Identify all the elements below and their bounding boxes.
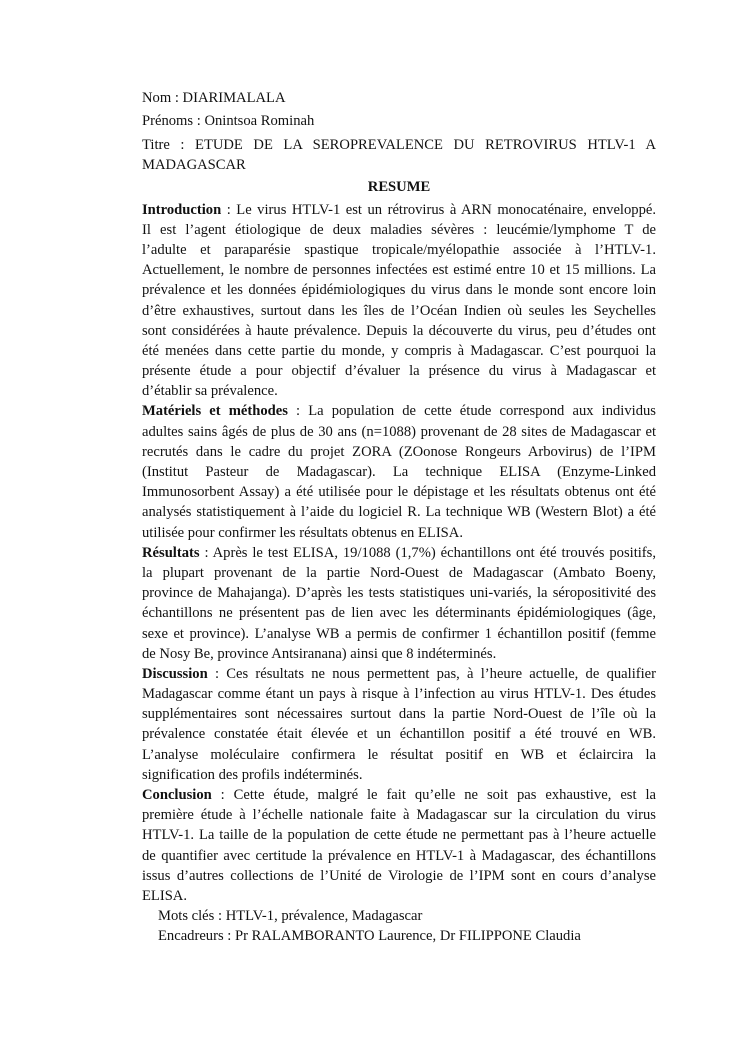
discussion-line-0: Discussion : Ces résultats ne nous perme… [142,664,656,684]
nom-value: DIARIMALALA [183,90,286,106]
section-materiels-methodes: Matériels et méthodes : La population de… [142,401,656,542]
section-introduction: Introduction : Le virus HTLV-1 est un ré… [142,200,656,402]
introduction-line-3: Actuellement, le nombre de personnes inf… [142,260,656,280]
discussion-line-5: signification des profils indéterminés. [142,765,656,785]
mots-cles: Mots clés : HTLV-1, prévalence, Madagasc… [142,906,656,926]
materiels-line-5: analysés statistiquement à l’aide du log… [142,502,656,522]
conclusion-label: Conclusion [142,787,212,803]
nom-label: Nom : [142,90,183,106]
title-line-1: Titre : ETUDE DE LA SEROPREVALENCE DU RE… [142,135,656,155]
discussion-line-2: supplémentaires sont nécessaires surtout… [142,704,656,724]
introduction-line-2: l’adulte et paraparésie spastique tropic… [142,240,656,260]
introduction-line-6: sont considérées à haute prévalence. Dep… [142,321,656,341]
section-conclusion: Conclusion : Cette étude, malgré le fait… [142,785,656,906]
materiels-line-1: adultes sains âgés de plus de 30 ans (n=… [142,422,656,442]
introduction-line-9: d’établir sa prévalence. [142,381,656,401]
resultats-line-1: la plupart provenant de la partie Nord-O… [142,563,656,583]
resultats-line-2: province de Mahajanga). D’après les test… [142,583,656,603]
materiels-line-0: Matériels et méthodes : La population de… [142,401,656,421]
discussion-line-3: prévalence constatée était élevée et un … [142,724,656,744]
resultats-label: Résultats [142,545,200,561]
introduction-line-7: été menées dans cette partie du monde, y… [142,341,656,361]
document-page: Nom : DIARIMALALA Prénoms : Onintsoa Rom… [142,87,656,947]
conclusion-line-0: Conclusion : Cette étude, malgré le fait… [142,785,656,805]
encadreurs: Encadreurs : Pr RALAMBORANTO Laurence, D… [142,926,656,946]
resultats-line-4: sexe et province). L’analyse WB a permis… [142,624,656,644]
introduction-line-4: prévalence et les données épidémiologiqu… [142,280,656,300]
resume-heading: RESUME [142,177,656,197]
materiels-line-2: recrutés dans le cadre du projet ZORA (Z… [142,442,656,462]
conclusion-line-5: ELISA. [142,886,656,906]
resultats-line-3: échantillons ne présentent pas de lien a… [142,603,656,623]
introduction-label: Introduction [142,202,221,218]
prenoms-line: Prénoms : Onintsoa Rominah [142,110,656,133]
resultats-line-0: Résultats : Après le test ELISA, 19/1088… [142,543,656,563]
introduction-line-5: d’être exhaustives, surtout dans les île… [142,301,656,321]
materiels-line-6: utilisée pour confirmer les résultats ob… [142,523,656,543]
title-block: Titre : ETUDE DE LA SEROPREVALENCE DU RE… [142,135,656,175]
resultats-line-5: de Nosy Be, province Antsiranana) ainsi … [142,644,656,664]
section-discussion: Discussion : Ces résultats ne nous perme… [142,664,656,785]
introduction-line-0: Introduction : Le virus HTLV-1 est un ré… [142,200,656,220]
prenoms-label: Prénoms : [142,113,204,129]
conclusion-line-1: première étude à l’échelle nationale fai… [142,805,656,825]
discussion-line-4: L’analyse moléculaire confirmera le résu… [142,745,656,765]
materiels-line-3: (Institut Pasteur de Madagascar). La tec… [142,462,656,482]
nom-line: Nom : DIARIMALALA [142,87,656,110]
discussion-label: Discussion [142,666,208,682]
materiels-line-4: Immunosorbent Assay) a été utilisée pour… [142,482,656,502]
introduction-line-1: Il est l’agent étiologique de deux malad… [142,220,656,240]
materiels-label: Matériels et méthodes [142,403,288,419]
discussion-line-1: Madagascar comme étant un pays à risque … [142,684,656,704]
section-resultats: Résultats : Après le test ELISA, 19/1088… [142,543,656,664]
conclusion-line-3: de quantifier avec certitude la prévalen… [142,846,656,866]
introduction-line-8: présente étude a pour objectif d’évaluer… [142,361,656,381]
conclusion-line-2: HTLV-1. La taille de la population de ce… [142,825,656,845]
prenoms-value: Onintsoa Rominah [204,113,314,129]
conclusion-line-4: issus d’autres collections de l’Unité de… [142,866,656,886]
title-line-2: MADAGASCAR [142,155,656,175]
